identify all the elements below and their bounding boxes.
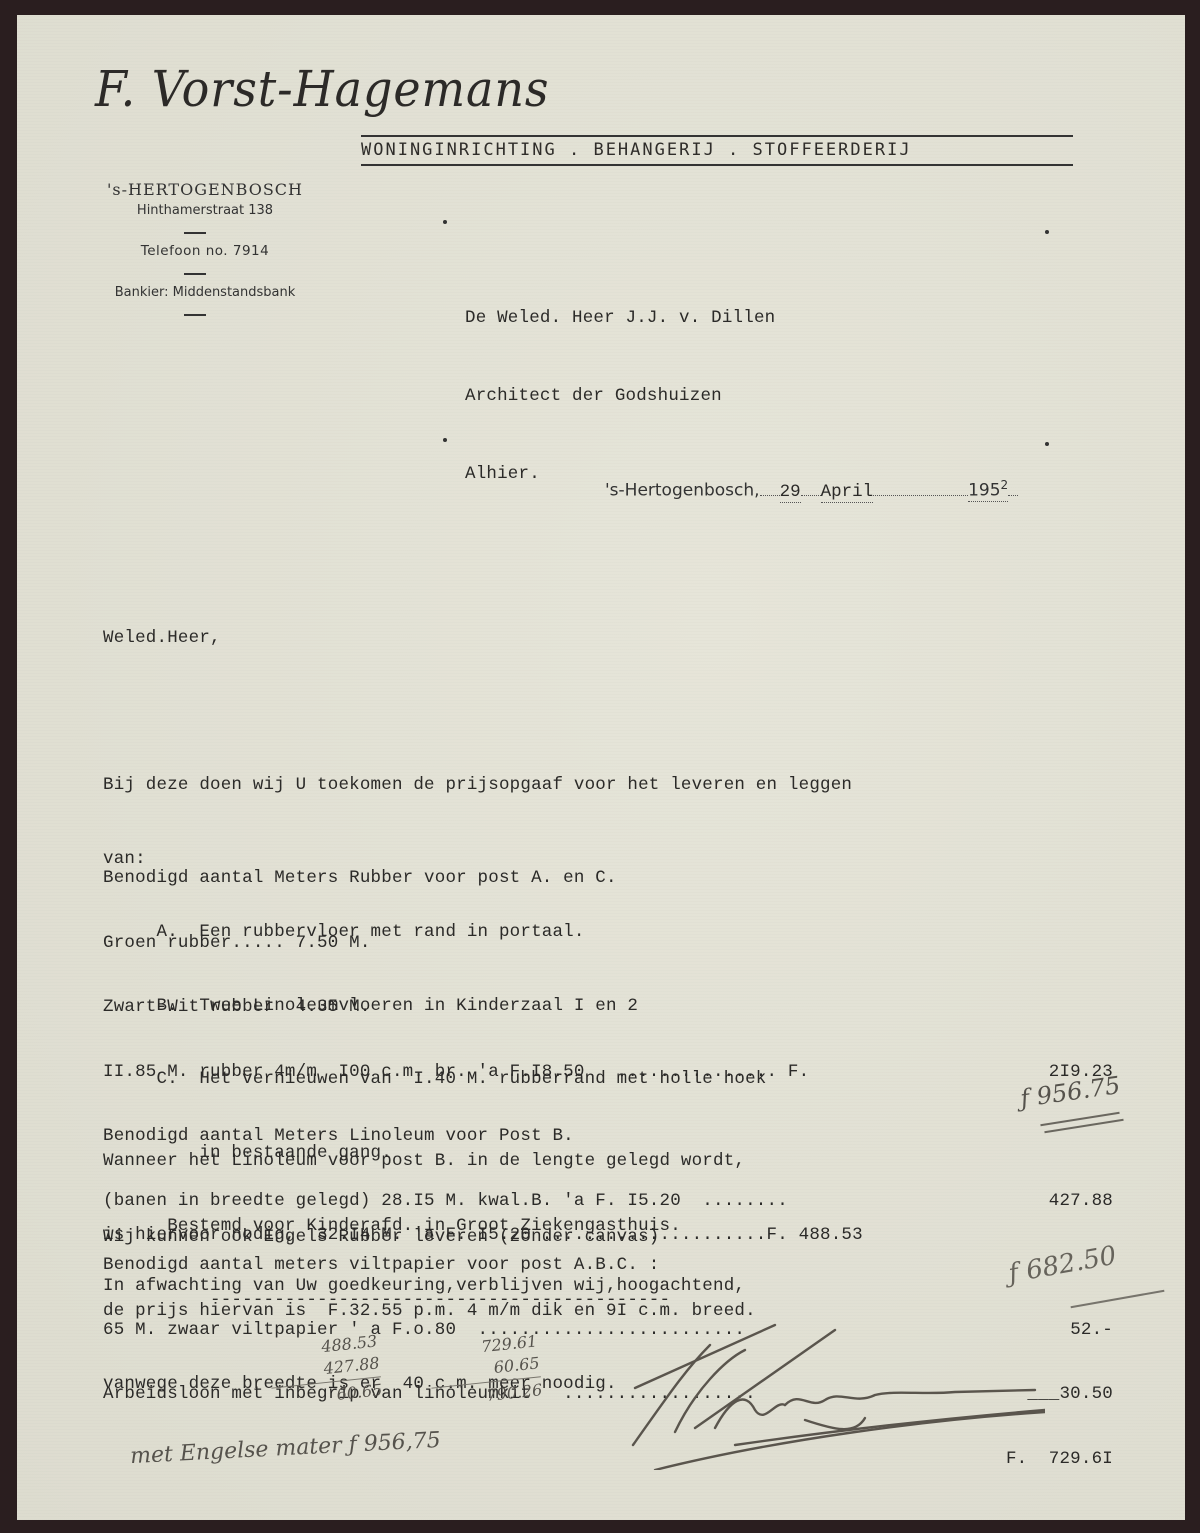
divider-dash	[184, 273, 206, 275]
handwritten-calculation-1: 488.53 427.88 60.65	[267, 1330, 384, 1412]
intro-line: Bij deze doen wij U toekomen de prijsopg…	[103, 773, 852, 798]
window-mark	[1045, 230, 1049, 234]
ledger-amount: 427.88	[1049, 1189, 1113, 1214]
window-mark	[1045, 442, 1049, 446]
window-mark	[443, 438, 447, 442]
company-street: Hinthamerstraat 138	[85, 203, 325, 218]
salutation: Weled.Heer,	[103, 626, 852, 651]
company-logo-name: F. Vorst-Hagemans	[95, 60, 549, 118]
ledger-row: Groen rubber..... 7.50 M.	[103, 931, 1113, 956]
date-line: 's-Hertogenbosch,29April1952	[605, 478, 1018, 503]
divider-dash	[184, 314, 206, 316]
date-day: 29	[780, 482, 801, 503]
date-month: April	[821, 482, 874, 503]
divider-dash	[184, 232, 206, 234]
ledger-row: II.85 M. rubber 4m/m I00 c.m. br. 'a F.I…	[103, 1060, 1113, 1085]
signature-icon	[625, 1310, 1045, 1470]
ledger-row: Benodigd aantal Meters Rubber voor post …	[103, 866, 1113, 891]
ledger-amount: 52.-	[1070, 1318, 1113, 1343]
company-city: 's-HERTOGENBOSCH	[85, 180, 325, 199]
handwritten-calculation-2: 729.61 60.65 790.26	[427, 1330, 544, 1412]
english-rubber-line: Wij kunnen ook Engels Rubber leveren (zo…	[103, 1225, 756, 1250]
recipient-line: Architect der Godshuizen	[465, 383, 775, 409]
recipient-address: De Weled. Heer J.J. v. Dillen Architect …	[465, 253, 775, 513]
alternative-line: Wanneer het Linoleum voor post B. in de …	[103, 1149, 863, 1174]
date-place: 's-Hertogenbosch,	[605, 481, 760, 501]
company-phone: Telefoon no. 7914	[85, 243, 325, 259]
company-tagline: WONINGINRICHTING . BEHANGERIJ . STOFFEER…	[361, 140, 1073, 160]
tagline-band: WONINGINRICHTING . BEHANGERIJ . STOFFEER…	[361, 135, 1073, 166]
recipient-line: De Weled. Heer J.J. v. Dillen	[465, 305, 775, 331]
date-year: 1952	[968, 478, 1008, 502]
closing-line: In afwachting van Uw goedkeuring,verblij…	[103, 1276, 745, 1296]
window-mark	[443, 220, 447, 224]
company-bank: Bankier: Middenstandsbank	[85, 285, 325, 300]
ledger-row: Zwart-Wit rubber 4.35 M.	[103, 995, 1113, 1020]
